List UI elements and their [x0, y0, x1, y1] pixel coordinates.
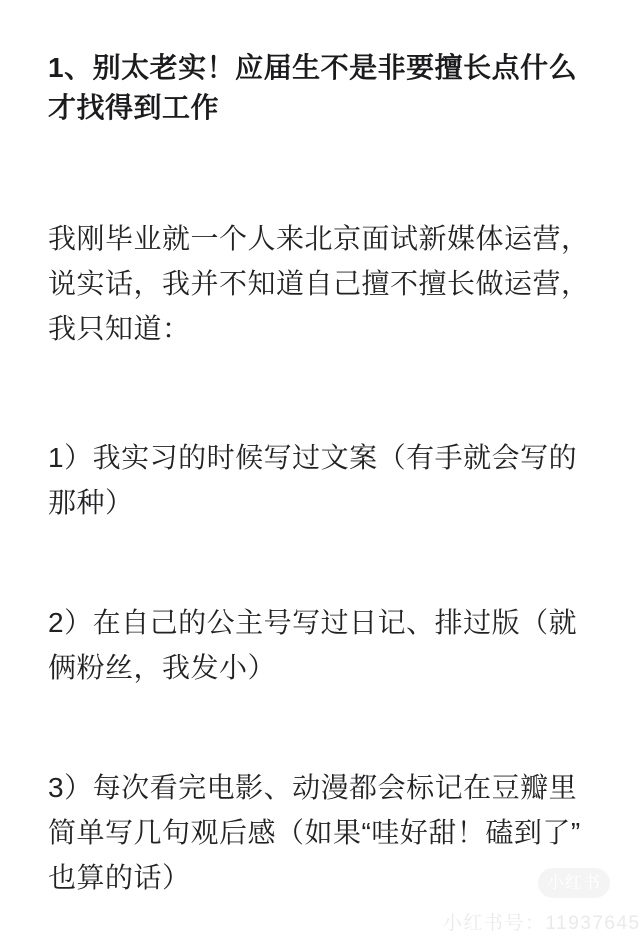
text-line: 3）每次看完电影、动漫都会标记在豆瓣里: [48, 765, 599, 810]
list-item-3: 3）每次看完电影、动漫都会标记在豆瓣里 简单写几句观后感（如果“哇好甜！磕到了”…: [48, 765, 599, 900]
xiaohongshu-id-watermark: 小红书号：119376459: [443, 908, 639, 935]
text-line: 那种）: [48, 480, 599, 525]
page-title: 1、别太老实！应届生不是非要擅长点什么 才找得到工作: [48, 48, 599, 128]
note-page: 1、别太老实！应届生不是非要擅长点什么 才找得到工作 我刚毕业就一个人来北京面试…: [0, 0, 639, 949]
text-line: 1）我实习的时候写过文案（有手就会写的: [48, 435, 599, 480]
xiaohongshu-logo-badge: 小红书: [538, 868, 610, 898]
intro-paragraph: 我刚毕业就一个人来北京面试新媒体运营， 说实话，我并不知道自己擅不擅长做运营， …: [48, 216, 599, 351]
text-line: 也算的话）: [48, 855, 599, 900]
text-line: 简单写几句观后感（如果“哇好甜！磕到了”: [48, 810, 599, 855]
title-line: 才找得到工作: [48, 88, 599, 128]
list-item-1: 1）我实习的时候写过文案（有手就会写的 那种）: [48, 435, 599, 525]
text-line: 我刚毕业就一个人来北京面试新媒体运营，: [48, 216, 599, 261]
text-line: 我只知道：: [48, 306, 599, 351]
text-line: 俩粉丝，我发小）: [48, 645, 599, 690]
note-content: 1、别太老实！应届生不是非要擅长点什么 才找得到工作 我刚毕业就一个人来北京面试…: [0, 0, 639, 900]
title-line: 1、别太老实！应届生不是非要擅长点什么: [48, 48, 599, 88]
list-item-2: 2）在自己的公主号写过日记、排过版（就 俩粉丝，我发小）: [48, 600, 599, 690]
text-line: 2）在自己的公主号写过日记、排过版（就: [48, 600, 599, 645]
text-line: 说实话，我并不知道自己擅不擅长做运营，: [48, 261, 599, 306]
